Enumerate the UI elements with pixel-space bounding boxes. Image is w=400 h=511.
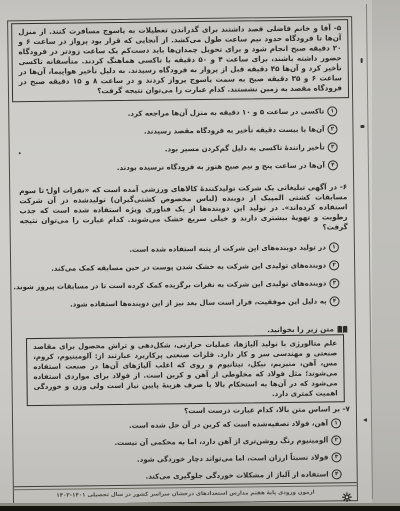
question-number: ۷- bbox=[342, 404, 349, 413]
option-number-badge: ۲ bbox=[329, 260, 339, 270]
paper-edge-line bbox=[366, 4, 373, 499]
page-frame: ۵- آقا و خانم فاضلی قصد داشتند برای گذرا… bbox=[7, 16, 358, 505]
section-instruction-label: متن زیر را بخوانید. bbox=[267, 324, 334, 334]
scan-speck bbox=[360, 125, 364, 128]
question-7-stem: ۷- بر اساس متن بالا، کدام عبارت درست است… bbox=[22, 404, 350, 418]
option-text: فولاد نسبتاً ارزان است، اما می‌تواند دچا… bbox=[137, 453, 329, 463]
option-number-badge: ۲ bbox=[331, 435, 341, 445]
answer-option: ۲ دوبنده‌های تولیدی این شرکت به خشک شدن … bbox=[11, 260, 339, 274]
question-text: بر اساس متن بالا، کدام عبارت درست است؟ bbox=[184, 404, 340, 415]
option-text: آلومینیوم رنگ روشن‌تری از آهن دارد، اما … bbox=[114, 436, 328, 447]
exam-scan-page: ۵- آقا و خانم فاضلی قصد داشتند برای گذرا… bbox=[0, 0, 400, 511]
scan-speck bbox=[361, 58, 363, 63]
passage-box: علم متالورژی با تولید آلیاژها، عملیات حر… bbox=[26, 334, 345, 406]
question-text: آقا و خانم فاضلی قصد داشتند برای گذراندن… bbox=[18, 23, 342, 95]
question-number: ۵- bbox=[334, 23, 341, 32]
question-6-options: ۱ در تولید دوبنده‌های این شرکت از پنبه ا… bbox=[11, 242, 355, 318]
passage-text: علم متالورژی با تولید آلیاژها، عملیات حر… bbox=[33, 338, 338, 402]
option-text: به دلیل این موفقیت، قرار است سال بعد نیز… bbox=[70, 297, 327, 308]
exam-footer-title: آزمون ورودی پایهٔ هفتم مدارس استعدادهای … bbox=[44, 489, 327, 498]
answer-option: ۴ آن‌ها در ساعت پنج و نیم صبح هنوز به فر… bbox=[10, 160, 338, 174]
answer-option: ۴ به دلیل این موفقیت، قرار است سال بعد ن… bbox=[12, 296, 340, 310]
option-text: تأخیر رانندهٔ تاکسی به دلیل گم‌کردن مسیر… bbox=[165, 143, 325, 153]
answer-option: ۳ فولاد نسبتاً ارزان است، اما می‌تواند د… bbox=[13, 452, 341, 466]
answer-option: ۱ در تولید دوبنده‌های این شرکت از پنبه ا… bbox=[11, 242, 339, 256]
answer-option: ۲ آن‌ها با بیست دقیقه تأخیر به فرودگاه م… bbox=[9, 124, 337, 138]
answer-option: ۲ آلومینیوم رنگ روشن‌تری از آهن دارد، ام… bbox=[13, 435, 341, 449]
question-7-options: ۱ آهن، فولاد تصفیه‌شده است که کربن در آن… bbox=[13, 418, 357, 490]
option-number-badge: ۴ bbox=[332, 469, 342, 479]
option-number-badge: ۱ bbox=[329, 242, 339, 252]
option-number-badge: ۳ bbox=[329, 278, 339, 288]
page-footer: آزمون ورودی پایهٔ هفتم مدارس استعدادهای … bbox=[14, 482, 357, 504]
option-text: تاکسی در ساعت ۵ و ۱۰ دقیقه به منزل آن‌ها… bbox=[128, 107, 325, 117]
option-number-badge: ۳ bbox=[328, 142, 338, 152]
option-text: آن‌ها با بیست دقیقه تأخیر به فرودگاه مقص… bbox=[144, 125, 325, 135]
tilted-scan-content: ۵- آقا و خانم فاضلی قصد داشتند برای گذرا… bbox=[0, 0, 400, 511]
answer-option: ۳ دوبنده‌های تولیدی این شرکت به نفرات بر… bbox=[11, 278, 339, 292]
question-6-stem: ۶- در آگهی تبلیغاتی یک شرکت تولیدکنندهٔ … bbox=[19, 182, 348, 236]
answer-option: ۱ تاکسی در ساعت ۵ و ۱۰ دقیقه به منزل آن‌… bbox=[9, 106, 337, 120]
option-number-badge: ۱ bbox=[331, 418, 341, 428]
option-text: آن‌ها در ساعت پنج و نیم صبح هنوز به فرود… bbox=[117, 161, 325, 172]
paper-background: ۵- آقا و خانم فاضلی قصد داشتند برای گذرا… bbox=[0, 0, 400, 511]
question-text: در آگهی تبلیغاتی یک شرکت تولیدکنندهٔ کال… bbox=[19, 182, 348, 231]
scan-bottom-edge bbox=[0, 506, 400, 511]
option-number-badge: ۴ bbox=[330, 296, 340, 306]
scan-speck bbox=[363, 418, 367, 422]
option-text: استفاده از آلیاژ از مشکلات خوردگی جلوگیر… bbox=[146, 470, 329, 480]
option-text: دوبنده‌های تولیدی این شرکت به نفرات برگز… bbox=[13, 279, 326, 291]
answer-option: ۳ تأخیر رانندهٔ تاکسی به دلیل گم‌کردن مس… bbox=[10, 142, 338, 156]
question-5-stem: ۵- آقا و خانم فاضلی قصد داشتند برای گذرا… bbox=[18, 23, 342, 97]
question-5-options: ۱ تاکسی در ساعت ۵ و ۱۰ دقیقه به منزل آن‌… bbox=[9, 106, 353, 182]
answer-option: ۱ آهن، فولاد تصفیه‌شده است که کربن در آن… bbox=[13, 418, 341, 432]
option-number-badge: ۲ bbox=[327, 124, 337, 134]
option-text: دوبنده‌های تولیدی این شرکت به خشک شدن پو… bbox=[51, 261, 326, 272]
option-text: آهن، فولاد تصفیه‌شده است که کربن در آن ح… bbox=[129, 419, 328, 429]
question-number: ۶- bbox=[340, 182, 347, 191]
option-number-badge: ۳ bbox=[331, 452, 341, 462]
answer-option: ۴ استفاده از آلیاژ از مشکلات خوردگی جلوگ… bbox=[14, 469, 342, 483]
option-text: در تولید دوبنده‌های این شرکت از پنبه است… bbox=[129, 243, 326, 253]
question-5-box: ۵- آقا و خانم فاضلی قصد داشتند برای گذرا… bbox=[11, 19, 349, 102]
option-number-badge: ۴ bbox=[328, 160, 338, 170]
option-number-badge: ۱ bbox=[327, 106, 337, 116]
